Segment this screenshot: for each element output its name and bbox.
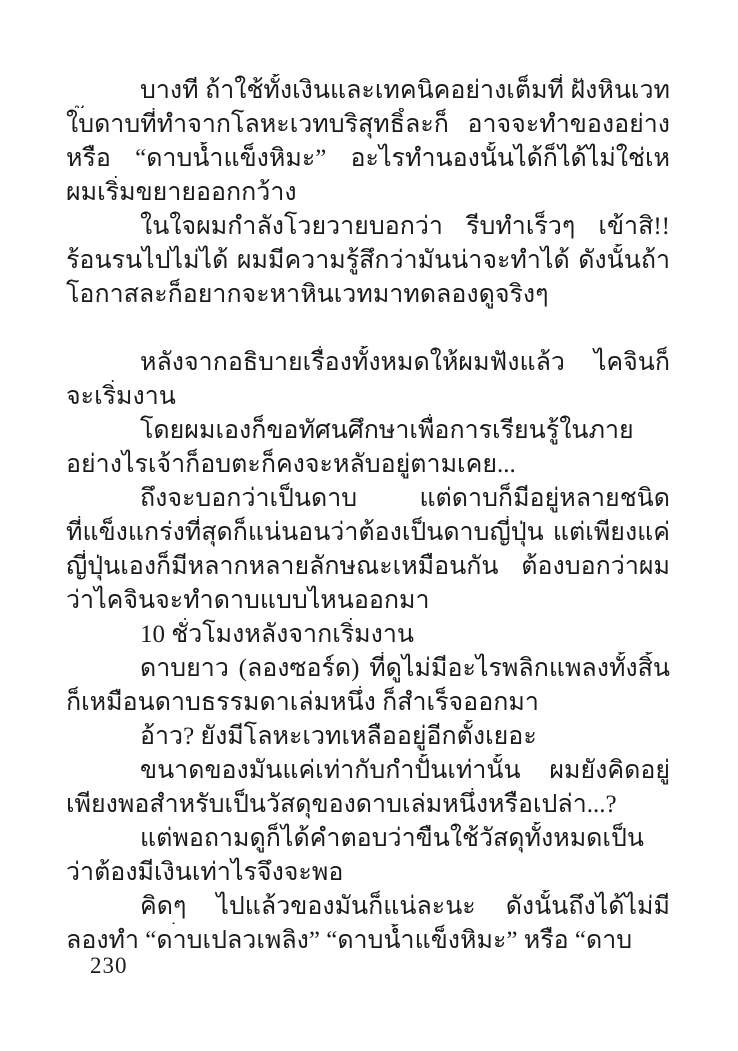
text-line: ใบดาบที่ทำจากโลหะเวทบริสุทธิ์ละก็ อาจจะท… bbox=[66, 108, 670, 142]
text-line: ดาบยาว (ลองซอร์ด) ที่ดูไม่มีอะไรพลิกแพลง… bbox=[66, 652, 670, 686]
body-text: บางที ถ้าใช้ทั้งเงินและเทคนิคอย่างเต็มที… bbox=[66, 74, 670, 958]
text-line: จะเริ่มงาน bbox=[66, 380, 670, 414]
paragraph-break bbox=[66, 312, 670, 346]
text-line: คิดๆ ไปแล้วของมันก็แน่ละนะ ดังนั้นถึงได้… bbox=[66, 890, 670, 924]
text-line: ผมเริ่มขยายออกกว้าง bbox=[66, 176, 670, 210]
text-line: ขนาดของมันแค่เท่ากับกำปั้นเท่านั้น ผมยัง… bbox=[66, 754, 670, 788]
text-line: 10 ชั่วโมงหลังจากเริ่มงาน bbox=[66, 618, 670, 652]
page-number: 230 bbox=[90, 953, 128, 979]
text-line: บางที ถ้าใช้ทั้งเงินและเทคนิคอย่างเต็มที… bbox=[66, 74, 670, 108]
text-line: ถึงจะบอกว่าเป็นดาบ แต่ดาบก็มีอยู่หลายชนิ… bbox=[66, 482, 670, 516]
text-line: หลังจากอธิบายเรื่องทั้งหมดให้ผมฟังแล้ว ไ… bbox=[66, 346, 670, 380]
text-line: อย่างไรเจ้าก็อบตะก็คงจะหลับอยู่ตามเคย... bbox=[66, 448, 670, 482]
text-line: อ้าว? ยังมีโลหะเวทเหลืออยู่อีกตั้งเยอะ bbox=[66, 720, 670, 754]
text-line: ว่าไคจินจะทำดาบแบบไหนออกมา bbox=[66, 584, 670, 618]
text-line: โอกาสละก็อยากจะหาหินเวทมาทดลองดูจริงๆ bbox=[66, 278, 670, 312]
text-line: หรือ “ดาบน้ำแข็งหิมะ” อะไรทำนองนั้นได้ก็… bbox=[66, 142, 670, 176]
book-page: บางที ถ้าใช้ทั้งเงินและเทคนิคอย่างเต็มที… bbox=[0, 0, 738, 1051]
text-line: โดยผมเองก็ขอทัศนศึกษาเพื่อการเรียนรู้ในภ… bbox=[66, 414, 670, 448]
text-line: เพียงพอสำหรับเป็นวัสดุของดาบเล่มหนึ่งหรื… bbox=[66, 788, 670, 822]
text-line: แต่พอถามดูก็ได้คำตอบว่าขืนใช้วัสดุทั้งหม… bbox=[66, 822, 670, 856]
text-line: ลองทำ “ดาบเปลวเพลิง” “ดาบน้ำแข็งหิมะ” หร… bbox=[66, 924, 670, 958]
text-line: ก็เหมือนดาบธรรมดาเล่มหนึ่ง ก็สำเร็จออกมา bbox=[66, 686, 670, 720]
text-line: ที่แข็งแกร่งที่สุดก็แน่นอนว่าต้องเป็นดาบ… bbox=[66, 516, 670, 550]
text-line: ญี่ปุ่นเองก็มีหลากหลายลักษณะเหมือนกัน ต้… bbox=[66, 550, 670, 584]
text-line: ร้อนรนไปไม่ได้ ผมมีความรู้สึกว่ามันน่าจะ… bbox=[66, 244, 670, 278]
text-line: ว่าต้องมีเงินเท่าไรจึงจะพอ bbox=[66, 856, 670, 890]
text-line: ในใจผมกำลังโวยวายบอกว่า รีบทำเร็วๆ เข้าส… bbox=[66, 210, 670, 244]
